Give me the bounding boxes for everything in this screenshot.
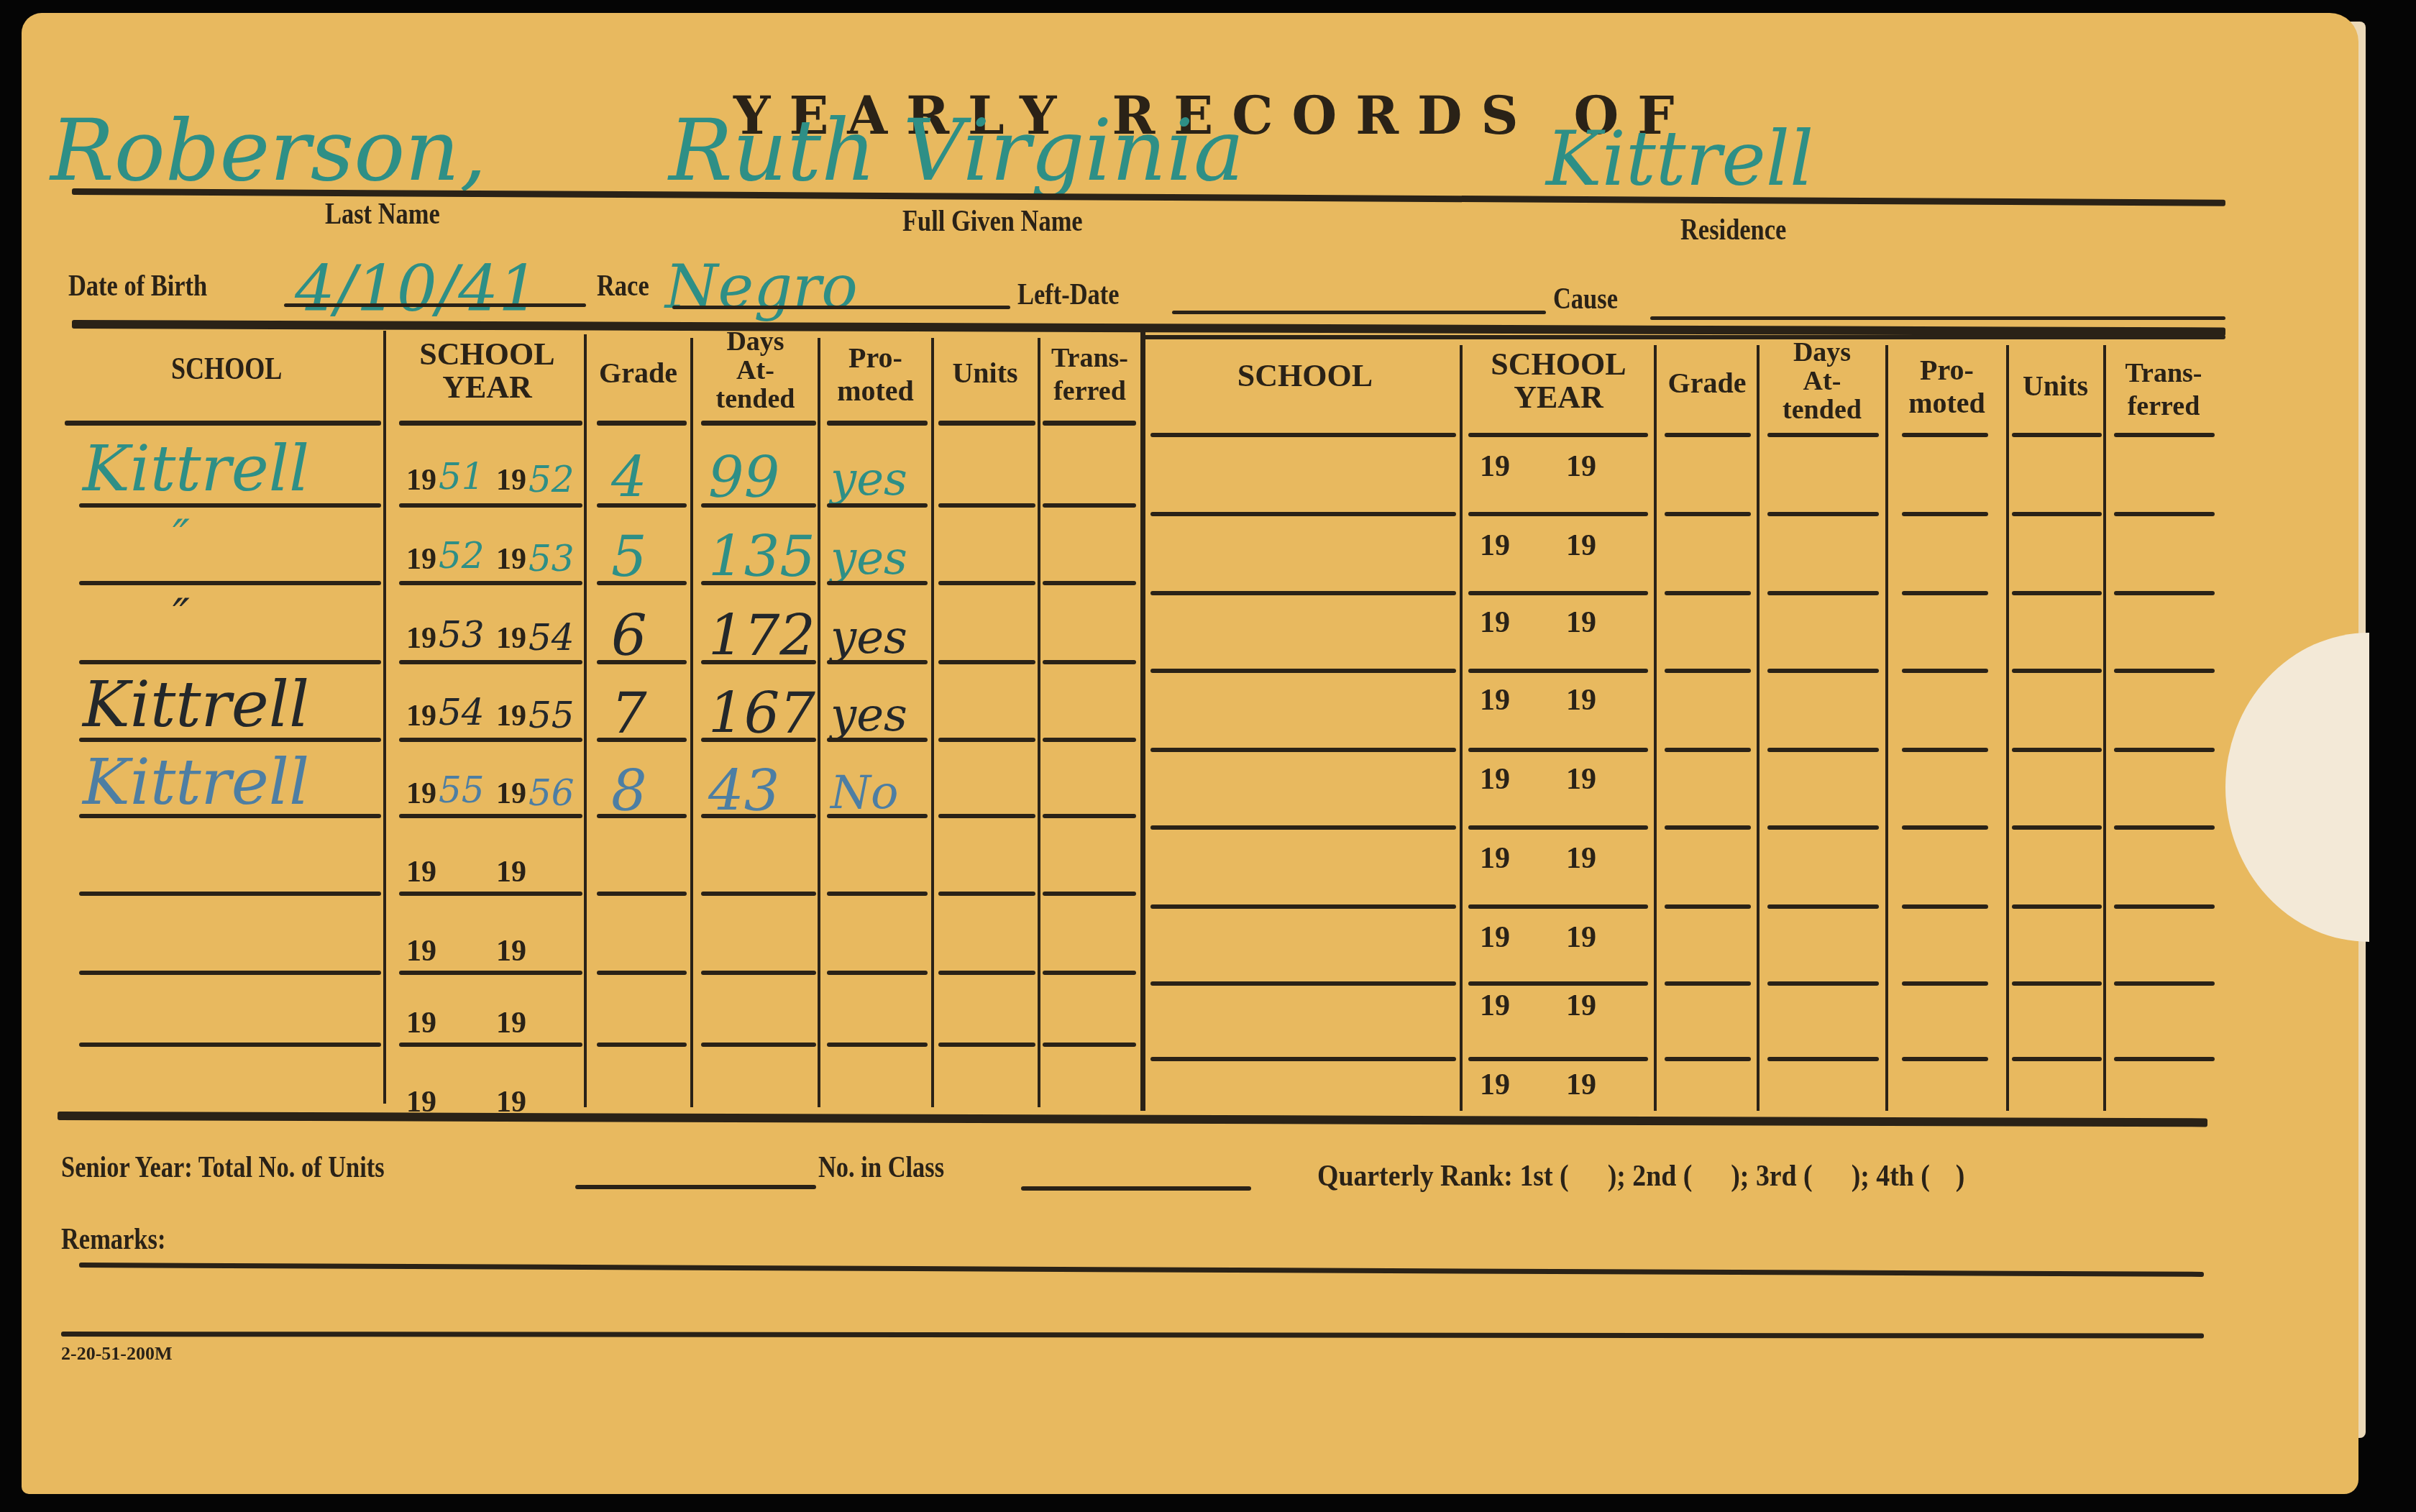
year-to-prefix: 19	[496, 776, 526, 811]
row-rule	[1665, 1057, 1751, 1061]
row-rule	[79, 503, 381, 508]
year-from-cell[interactable]: 55	[439, 769, 485, 811]
right-header-school-year: SCHOOLYEAR	[1463, 348, 1654, 414]
year-from-prefix: 19	[1480, 683, 1510, 718]
left-header-transferred: Trans-ferred	[1039, 342, 1140, 408]
rank-1st[interactable]: 1st (	[1519, 1160, 1568, 1193]
row-rule	[399, 581, 582, 585]
row-rule	[1043, 738, 1136, 742]
row-rule	[1043, 581, 1136, 585]
year-from-prefix: 19	[1480, 841, 1510, 876]
school-cell[interactable]: ″	[173, 590, 190, 643]
left-col-divider	[818, 338, 820, 1107]
rank-2nd[interactable]: ); 2nd (	[1608, 1160, 1693, 1193]
row-rule	[399, 738, 582, 742]
row-rule	[399, 892, 582, 896]
transferred-cell[interactable]	[1041, 597, 1138, 647]
year-to-prefix: 19	[1566, 762, 1596, 797]
row-rule	[1665, 669, 1751, 673]
row-rule	[1468, 512, 1648, 516]
rank-3rd[interactable]: ); 3rd (	[1731, 1160, 1812, 1193]
header-rule	[65, 421, 381, 426]
promoted-cell[interactable]	[1890, 672, 2005, 723]
left-col-divider	[931, 338, 934, 1107]
row-rule	[938, 738, 1035, 742]
row-rule	[1902, 981, 1988, 986]
row-rule	[701, 581, 816, 585]
row-rule	[1150, 591, 1456, 595]
year-to-prefix: 19	[1566, 449, 1596, 484]
row-rule	[938, 660, 1035, 664]
grade-cell[interactable]	[1661, 439, 1754, 489]
row-rule	[1767, 1057, 1879, 1061]
year-to-prefix: 19	[496, 1006, 526, 1040]
days-attended-cell[interactable]	[1762, 910, 1884, 960]
promoted-cell[interactable]	[1890, 751, 2005, 802]
row-rule	[1665, 591, 1751, 595]
grade-cell[interactable]: 7	[611, 682, 647, 746]
row-rule	[938, 581, 1035, 585]
year-to-prefix: 19	[496, 699, 526, 733]
row-rule	[1665, 433, 1751, 437]
senior-units-label: Senior Year: Total No. of Units	[61, 1150, 455, 1185]
promoted-cell[interactable]: yes	[830, 611, 907, 664]
row-rule	[1043, 814, 1136, 818]
header-rule	[1043, 421, 1136, 426]
year-to-prefix: 19	[1566, 528, 1596, 563]
school-cell[interactable]: Kittrell	[83, 745, 309, 819]
row-rule	[1902, 512, 1988, 516]
row-rule	[399, 971, 582, 975]
units-cell[interactable]	[2010, 672, 2102, 723]
right-col-divider	[2103, 345, 2106, 1111]
days-attended-cell[interactable]: 135	[708, 525, 815, 590]
left-col-divider	[1038, 338, 1040, 1107]
transferred-cell[interactable]	[2107, 595, 2218, 645]
row-rule	[1767, 669, 1879, 673]
row-rule	[2114, 825, 2215, 830]
row-rule	[1043, 892, 1136, 896]
year-from-prefix: 19	[1480, 762, 1510, 797]
year-to-prefix: 19	[496, 621, 526, 656]
school-cell[interactable]: ″	[173, 510, 190, 564]
days-attended-cell[interactable]	[1762, 439, 1884, 489]
row-rule	[1665, 825, 1751, 830]
school-cell[interactable]	[1158, 518, 1452, 568]
year-to-cell[interactable]: 55	[528, 695, 575, 736]
year-from-cell[interactable]: 54	[439, 692, 485, 733]
row-rule	[2114, 669, 2215, 673]
row-rule	[1468, 981, 1648, 986]
year-to-prefix: 19	[1566, 605, 1596, 640]
row-rule	[2012, 591, 2102, 595]
transferred-cell[interactable]	[1041, 674, 1138, 725]
header-rule	[399, 421, 582, 426]
year-to-cell[interactable]: 53	[528, 538, 575, 579]
promoted-cell[interactable]	[1890, 595, 2005, 645]
race-field-line	[672, 306, 1010, 309]
row-rule	[1767, 591, 1879, 595]
grade-cell[interactable]	[1661, 830, 1754, 881]
row-rule	[2012, 981, 2102, 986]
promoted-cell[interactable]: yes	[830, 453, 907, 506]
row-rule	[701, 971, 816, 975]
school-cell[interactable]: Kittrell	[83, 431, 309, 505]
row-rule	[399, 660, 582, 664]
grade-cell[interactable]	[1661, 751, 1754, 802]
row-rule	[597, 814, 687, 818]
row-rule	[1468, 1057, 1648, 1061]
school-cell[interactable]	[1158, 751, 1452, 802]
year-from-prefix: 19	[406, 934, 436, 968]
units-cell[interactable]	[2010, 1057, 2102, 1107]
right-header-school: SCHOOL	[1150, 359, 1460, 393]
row-rule	[79, 738, 381, 742]
right-col-divider	[1757, 345, 1760, 1111]
row-rule	[597, 738, 687, 742]
year-from-prefix: 19	[1480, 449, 1510, 484]
year-to-prefix: 19	[1566, 920, 1596, 955]
row-rule	[79, 660, 381, 664]
remarks-label: Remarks:	[61, 1222, 188, 1257]
row-rule	[597, 971, 687, 975]
units-cell[interactable]	[935, 518, 1035, 568]
row-rule	[1043, 971, 1136, 975]
left-header-days-attended: DaysAt-tended	[692, 327, 818, 413]
promoted-cell[interactable]	[1890, 1057, 2005, 1107]
header-rule	[597, 421, 687, 426]
year-from-prefix: 19	[1480, 605, 1510, 640]
units-cell[interactable]	[935, 597, 1035, 647]
cause-field-line	[1650, 316, 2225, 320]
row-rule	[827, 738, 928, 742]
transferred-cell[interactable]	[2107, 751, 2218, 802]
row-rule	[2114, 748, 2215, 752]
residence-label: Residence	[1680, 213, 1810, 247]
row-rule	[938, 814, 1035, 818]
row-rule	[1665, 512, 1751, 516]
days-attended-cell[interactable]: 99	[708, 446, 779, 510]
transferred-cell[interactable]	[1041, 518, 1138, 568]
row-rule	[1902, 1057, 1988, 1061]
days-attended-cell[interactable]: 172	[708, 604, 815, 669]
grade-cell[interactable]: 6	[611, 604, 647, 669]
row-rule	[827, 660, 928, 664]
transferred-cell[interactable]	[1041, 981, 1138, 1032]
row-rule	[79, 1043, 381, 1047]
promoted-cell[interactable]: No	[830, 766, 899, 820]
row-rule	[938, 892, 1035, 896]
row-rule	[1468, 825, 1648, 830]
row-rule	[827, 581, 928, 585]
year-to-prefix: 19	[496, 934, 526, 968]
row-rule	[2114, 433, 2215, 437]
row-rule	[938, 503, 1035, 508]
year-to-prefix: 19	[496, 542, 526, 577]
year-from-prefix: 19	[406, 855, 436, 889]
transferred-cell[interactable]	[2107, 910, 2218, 960]
school-cell[interactable]	[1158, 595, 1452, 645]
header-rule	[701, 421, 816, 426]
transferred-cell[interactable]	[2107, 439, 2218, 489]
grade-cell[interactable]	[1661, 518, 1754, 568]
dob-value[interactable]: 4/10/41	[295, 252, 539, 326]
year-from-cell[interactable]: 51	[439, 456, 485, 498]
row-rule	[2012, 669, 2102, 673]
residence-value[interactable]: Kittrell	[1546, 115, 1813, 203]
race-value[interactable]: Negro	[665, 252, 858, 322]
row-rule	[1767, 981, 1879, 986]
senior-units-line	[575, 1185, 816, 1189]
given-name-value[interactable]: Ruth Virginia	[669, 101, 1244, 200]
rank-4th[interactable]: ); 4th (	[1852, 1160, 1930, 1193]
row-rule	[1902, 825, 1988, 830]
row-rule	[701, 738, 816, 742]
row-rule	[827, 971, 928, 975]
row-rule	[2114, 591, 2215, 595]
row-rule	[399, 503, 582, 508]
row-rule	[1150, 748, 1456, 752]
transferred-cell[interactable]	[2107, 518, 2218, 568]
row-rule	[1902, 433, 1988, 437]
units-cell[interactable]	[935, 981, 1035, 1032]
row-rule	[2012, 512, 2102, 516]
row-rule	[1767, 748, 1879, 752]
year-from-prefix: 19	[406, 542, 436, 577]
year-from-prefix: 19	[406, 621, 436, 656]
quarterly-rank-row: Quarterly Rank: 1st (); 2nd (); 3rd (); …	[1317, 1159, 2036, 1193]
row-rule	[597, 581, 687, 585]
row-rule	[1150, 904, 1456, 909]
dob-field-line	[284, 303, 586, 307]
left-header-units: Units	[933, 357, 1038, 390]
left-col-divider	[584, 334, 587, 1107]
given-name-label: Full Given Name	[902, 204, 1122, 239]
school-cell[interactable]	[1158, 910, 1452, 960]
year-from-cell[interactable]: 53	[439, 614, 485, 656]
days-attended-cell[interactable]: 167	[708, 682, 815, 746]
row-rule	[2012, 1057, 2102, 1061]
year-to-cell[interactable]: 56	[528, 772, 575, 814]
right-col-divider	[2006, 345, 2009, 1111]
right-header-promoted: Pro-moted	[1887, 354, 2006, 420]
transferred-cell[interactable]	[2107, 1057, 2218, 1107]
row-rule	[1665, 981, 1751, 986]
year-to-prefix: 19	[1566, 989, 1596, 1023]
row-rule	[827, 503, 928, 508]
year-from-prefix: 19	[406, 463, 436, 498]
units-cell[interactable]	[935, 752, 1035, 802]
year-from-prefix: 19	[1480, 920, 1510, 955]
left-col-divider	[690, 338, 693, 1107]
days-attended-cell[interactable]	[1762, 518, 1884, 568]
row-rule	[1043, 660, 1136, 664]
year-to-cell[interactable]: 54	[528, 617, 575, 659]
transferred-cell[interactable]	[1041, 752, 1138, 802]
grade-cell[interactable]	[1661, 672, 1754, 723]
days-attended-cell[interactable]	[1762, 1057, 1884, 1107]
row-rule	[827, 892, 928, 896]
table-top-rule-right	[1143, 335, 2225, 339]
header-rule	[827, 421, 928, 426]
row-rule	[79, 892, 381, 896]
header-rule	[938, 421, 1035, 426]
row-rule	[2012, 825, 2102, 830]
transferred-cell[interactable]	[1041, 439, 1138, 489]
left-date-field-line	[1172, 311, 1546, 314]
transferred-cell[interactable]	[1041, 830, 1138, 881]
right-col-divider	[1654, 345, 1657, 1111]
row-rule	[2114, 512, 2215, 516]
grade-cell[interactable]	[1661, 1057, 1754, 1107]
left-header-promoted: Pro-moted	[820, 342, 931, 408]
year-to-cell[interactable]: 52	[528, 459, 575, 500]
transferred-cell[interactable]	[1041, 1060, 1138, 1111]
row-rule	[1150, 433, 1456, 437]
row-rule	[1767, 433, 1879, 437]
row-rule	[1468, 591, 1648, 595]
promoted-cell[interactable]: yes	[830, 689, 907, 742]
row-rule	[2114, 904, 2215, 909]
year-to-prefix: 19	[1566, 1068, 1596, 1102]
year-from-prefix: 19	[1480, 1068, 1510, 1102]
row-rule	[1665, 904, 1751, 909]
grade-cell[interactable]: 4	[611, 446, 647, 510]
right-header-grade: Grade	[1657, 367, 1757, 400]
left-date-label: Left-Date	[1017, 278, 1142, 312]
cause-label: Cause	[1553, 282, 1632, 316]
row-rule	[597, 503, 687, 508]
units-cell[interactable]	[2010, 830, 2102, 881]
days-attended-cell[interactable]	[1762, 751, 1884, 802]
transferred-cell[interactable]	[2107, 830, 2218, 881]
units-cell[interactable]	[935, 910, 1035, 960]
transferred-cell[interactable]	[1041, 910, 1138, 960]
center-thick-divider	[1140, 331, 1145, 1111]
cause-field[interactable]	[1654, 278, 2222, 306]
race-label: Race	[597, 269, 661, 303]
row-rule	[79, 971, 381, 975]
year-from-cell[interactable]: 52	[439, 535, 485, 577]
row-rule	[597, 892, 687, 896]
right-header-days-attended: DaysAt-tended	[1759, 338, 1885, 424]
promoted-cell[interactable]	[1890, 439, 2005, 489]
grade-cell[interactable]	[1661, 595, 1754, 645]
school-cell[interactable]	[1158, 672, 1452, 723]
row-rule	[1043, 1043, 1136, 1047]
last-name-label: Last Name	[325, 197, 465, 232]
row-rule	[1767, 512, 1879, 516]
row-rule	[2012, 748, 2102, 752]
school-cell[interactable]: Kittrell	[83, 667, 309, 741]
row-rule	[1468, 904, 1648, 909]
right-header-units: Units	[2008, 370, 2103, 403]
right-col-divider	[1460, 345, 1463, 1111]
row-rule	[597, 1043, 687, 1047]
units-cell[interactable]	[2010, 595, 2102, 645]
row-rule	[1902, 591, 1988, 595]
row-rule	[827, 1043, 928, 1047]
school-cell[interactable]	[1158, 1057, 1452, 1107]
row-rule	[701, 814, 816, 818]
year-from-prefix: 19	[1480, 528, 1510, 563]
row-rule	[79, 581, 381, 585]
form-code: 2-20-51-200M	[61, 1343, 173, 1365]
units-cell[interactable]	[935, 674, 1035, 725]
no-in-class-field[interactable]	[1021, 1153, 1251, 1186]
row-rule	[1902, 669, 1988, 673]
year-to-prefix: 19	[1566, 683, 1596, 718]
promoted-cell[interactable]	[1890, 518, 2005, 568]
row-rule	[597, 660, 687, 664]
grade-cell[interactable]	[1661, 910, 1754, 960]
row-rule	[2114, 981, 2215, 986]
year-to-prefix: 19	[496, 463, 526, 498]
row-rule	[938, 971, 1035, 975]
left-date-field[interactable]	[1172, 273, 1532, 302]
row-rule	[1902, 904, 1988, 909]
year-from-prefix: 19	[406, 699, 436, 733]
row-rule	[79, 814, 381, 818]
year-to-prefix: 19	[496, 855, 526, 889]
senior-units-field[interactable]	[575, 1150, 813, 1183]
units-cell[interactable]	[935, 1060, 1035, 1111]
row-rule	[1902, 748, 1988, 752]
promoted-cell[interactable]: yes	[830, 532, 907, 585]
right-col-divider	[1885, 345, 1888, 1111]
days-attended-cell[interactable]	[1762, 672, 1884, 723]
row-rule	[1150, 981, 1456, 986]
row-rule	[701, 892, 816, 896]
days-attended-cell[interactable]	[1762, 830, 1884, 881]
days-attended-cell[interactable]	[1762, 595, 1884, 645]
units-cell[interactable]	[2010, 518, 2102, 568]
units-cell[interactable]	[2010, 751, 2102, 802]
last-name-value[interactable]: Roberson,	[50, 101, 487, 200]
row-rule	[2012, 904, 2102, 909]
promoted-cell[interactable]	[1890, 910, 2005, 960]
row-rule	[2012, 433, 2102, 437]
school-cell[interactable]	[1158, 439, 1452, 489]
dob-label: Date of Birth	[68, 269, 238, 303]
promoted-cell[interactable]	[1890, 830, 2005, 881]
units-cell[interactable]	[2010, 439, 2102, 489]
row-rule	[701, 660, 816, 664]
row-rule	[1150, 825, 1456, 830]
row-rule	[399, 814, 582, 818]
units-cell[interactable]	[2010, 910, 2102, 960]
row-rule	[1150, 1057, 1456, 1061]
school-cell[interactable]	[1158, 830, 1452, 881]
transferred-cell[interactable]	[2107, 672, 2218, 723]
row-rule	[827, 814, 928, 818]
units-cell[interactable]	[935, 830, 1035, 881]
row-rule	[1468, 669, 1648, 673]
no-in-class-line	[1021, 1186, 1251, 1191]
row-rule	[1043, 503, 1136, 508]
row-rule	[1468, 748, 1648, 752]
row-rule	[1767, 825, 1879, 830]
left-header-school: SCHOOL	[72, 352, 381, 385]
row-rule	[701, 503, 816, 508]
row-rule	[1767, 904, 1879, 909]
grade-cell[interactable]: 5	[611, 525, 647, 590]
units-cell[interactable]	[935, 439, 1035, 489]
left-header-school-year: SCHOOLYEAR	[388, 338, 586, 404]
left-col-divider	[383, 331, 386, 1104]
right-header-transferred: Trans-ferred	[2105, 357, 2222, 423]
row-rule	[399, 1043, 582, 1047]
